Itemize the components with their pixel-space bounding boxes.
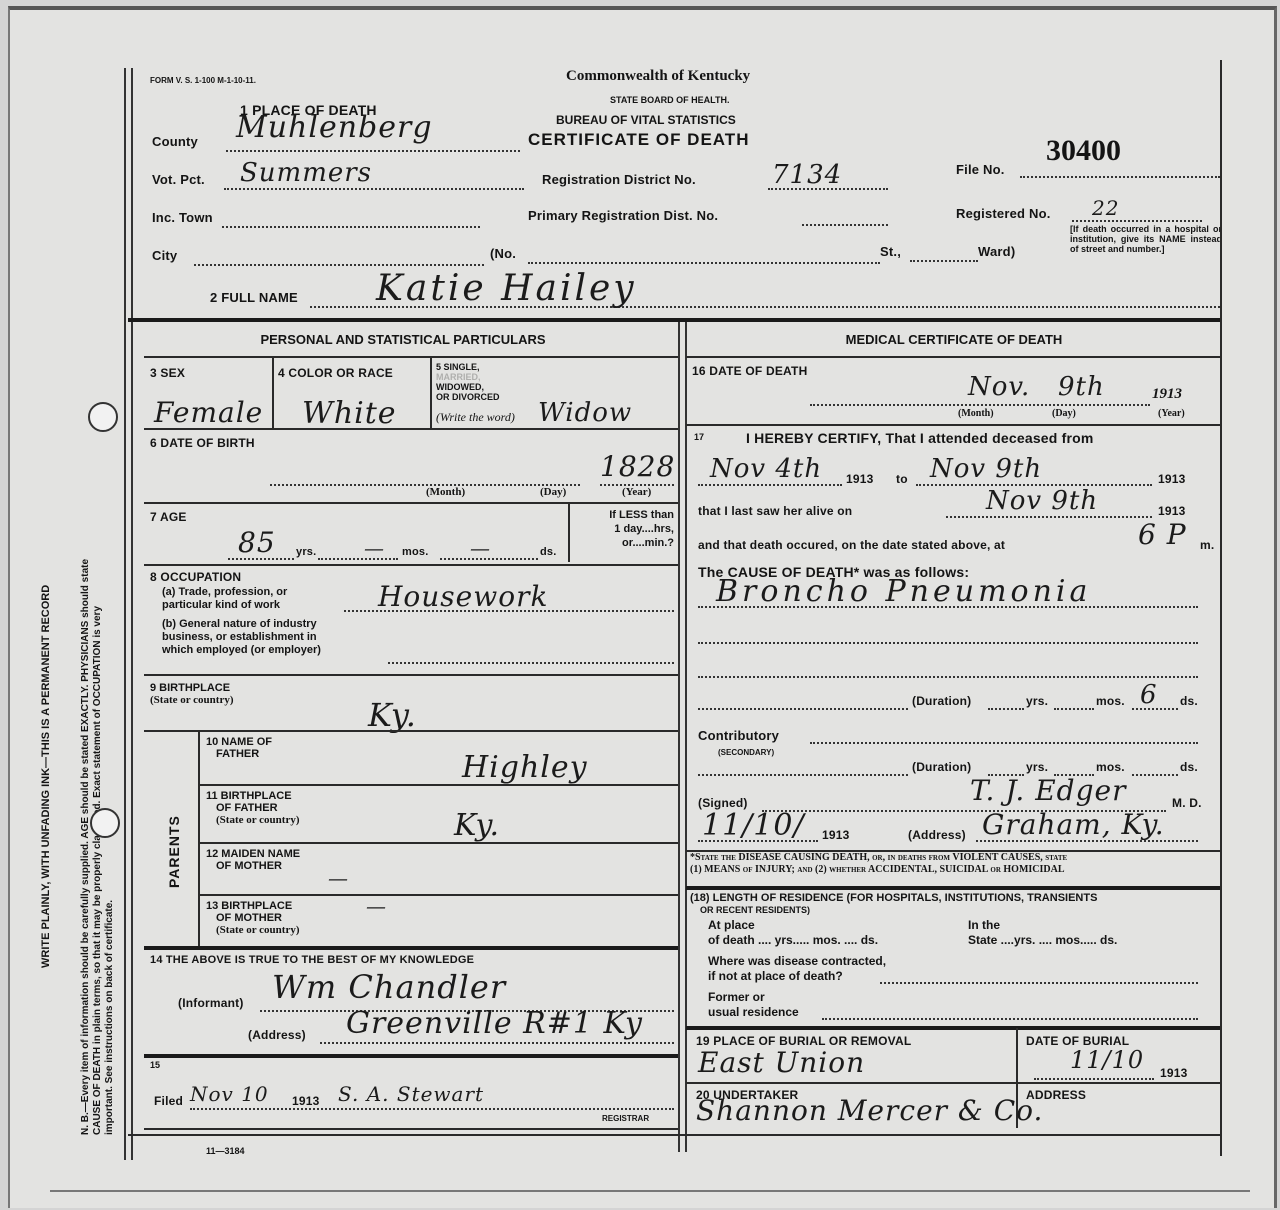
signed-date-value[interactable]: 11/10/ bbox=[702, 808, 805, 843]
undertaker-address-label: ADDRESS bbox=[1026, 1088, 1086, 1102]
certify-number: 17 bbox=[694, 432, 704, 442]
dob-year-value[interactable]: 1828 bbox=[600, 450, 675, 483]
street-number-label: (No. bbox=[490, 246, 516, 261]
father-birthplace-label: 11 BIRTHPLACE OF FATHER (State or countr… bbox=[206, 790, 300, 826]
registrar-signature[interactable]: S. A. Stewart bbox=[338, 1082, 484, 1106]
md-label: M. D. bbox=[1172, 796, 1202, 810]
file-number: 30400 bbox=[1046, 134, 1121, 168]
full-name-value[interactable]: Katie Hailey bbox=[376, 268, 637, 309]
occupation-b-label: (b) General nature of industry business,… bbox=[162, 618, 321, 657]
attended-from-value[interactable]: Nov 4th bbox=[710, 454, 822, 484]
last-saw-label: that I last saw her alive on bbox=[698, 504, 852, 518]
certify-text: I HEREBY CERTIFY, That I attended deceas… bbox=[746, 430, 1094, 446]
birthplace-label: 9 BIRTHPLACE (State or country) bbox=[150, 682, 234, 706]
certificate-title: CERTIFICATE OF DEATH bbox=[528, 130, 749, 150]
contributory-label: Contributory bbox=[698, 728, 779, 743]
age-years-value[interactable]: 85 bbox=[238, 526, 276, 559]
date-of-death-day[interactable]: 9th bbox=[1058, 372, 1105, 402]
contrib-yrs: yrs. bbox=[1026, 760, 1048, 774]
filed-date-value[interactable]: Nov 10 bbox=[190, 1082, 269, 1106]
birthplace-value[interactable]: Ky. bbox=[368, 696, 417, 734]
date-of-death-year[interactable]: 1913 bbox=[1152, 386, 1182, 403]
file-no-label: File No. bbox=[956, 162, 1005, 177]
sex-value[interactable]: Female bbox=[154, 396, 263, 429]
date-of-death-label: 16 DATE OF DEATH bbox=[692, 364, 807, 378]
cause-footnote: *State the DISEASE CAUSING DEATH, or, in… bbox=[690, 852, 1067, 876]
last-saw-year: 1913 bbox=[1158, 504, 1186, 518]
last-saw-value[interactable]: Nov 9th bbox=[986, 486, 1098, 516]
age-ds-label: ds. bbox=[540, 546, 557, 558]
registration-district-label: Registration District No. bbox=[542, 172, 696, 187]
age-months-value[interactable]: — bbox=[364, 536, 385, 560]
undertaker-value[interactable]: Shannon Mercer & Co. bbox=[696, 1094, 1043, 1127]
hospital-note: [If death occurred in a hospital or inst… bbox=[1070, 224, 1222, 254]
contrib-duration-label: (Duration) bbox=[912, 760, 971, 774]
physician-signature[interactable]: T. J. Edger bbox=[970, 774, 1126, 807]
date-of-death-month[interactable]: Nov. bbox=[968, 372, 1030, 402]
margin-instructions-3: important. See instructions on back of c… bbox=[104, 900, 115, 1135]
death-day-caption: (Day) bbox=[1052, 408, 1076, 419]
sex-label: 3 SEX bbox=[150, 366, 185, 380]
registered-no-label: Registered No. bbox=[956, 206, 1051, 221]
duration-label: (Duration) bbox=[912, 694, 971, 708]
duration-mos: mos. bbox=[1096, 694, 1125, 708]
street-label: St., bbox=[880, 244, 901, 259]
form-number: FORM V. S. 1-100 M-1-10-11. bbox=[150, 76, 256, 86]
cause-of-death-value[interactable]: Broncho Pneumonia bbox=[716, 574, 1091, 609]
punch-hole-bottom bbox=[90, 808, 120, 838]
medical-section-title: MEDICAL CERTIFICATE OF DEATH bbox=[686, 332, 1222, 347]
signed-address-value[interactable]: Graham, Ky. bbox=[982, 808, 1165, 841]
punch-hole-top bbox=[88, 402, 118, 432]
dob-label: 6 DATE OF BIRTH bbox=[150, 436, 255, 450]
signed-address-label: (Address) bbox=[908, 828, 966, 842]
occupation-a-label: (a) Trade, profession, or particular kin… bbox=[162, 586, 287, 612]
form-border-left bbox=[124, 68, 133, 1160]
age-mos-label: mos. bbox=[402, 546, 428, 558]
occupation-label: 8 OCCUPATION bbox=[150, 570, 241, 584]
section-15-number: 15 bbox=[150, 1060, 160, 1070]
contrib-mos: mos. bbox=[1096, 760, 1125, 774]
death-month-caption: (Month) bbox=[958, 408, 994, 419]
mother-name-label: 12 MAIDEN NAME OF MOTHER bbox=[206, 848, 300, 872]
filed-year: 1913 bbox=[292, 1094, 320, 1108]
father-name-label: 10 NAME OF FATHER bbox=[206, 736, 272, 760]
informant-address-label: (Address) bbox=[248, 1028, 306, 1042]
father-name-value[interactable]: Highley bbox=[462, 750, 588, 785]
residence-at-place: At place of death .... yrs..... mos. ...… bbox=[708, 918, 878, 948]
mother-birthplace-label: 13 BIRTHPLACE OF MOTHER (State or countr… bbox=[206, 900, 300, 936]
contributory-sub: (SECONDARY) bbox=[718, 748, 774, 758]
vot-pct-value[interactable]: Summers bbox=[240, 158, 372, 188]
filed-label: Filed bbox=[154, 1094, 183, 1108]
death-time-suffix: m. bbox=[1200, 538, 1214, 552]
burial-date-value[interactable]: 11/10 bbox=[1070, 1046, 1144, 1074]
inc-town-label: Inc. Town bbox=[152, 210, 213, 225]
marital-hint: (Write the word) bbox=[436, 410, 515, 425]
marital-value[interactable]: Widow bbox=[538, 398, 632, 428]
registration-district-value[interactable]: 7134 bbox=[772, 160, 842, 190]
attended-to-year: 1913 bbox=[1158, 472, 1186, 486]
death-time-value[interactable]: 6 P bbox=[1138, 518, 1187, 551]
race-value[interactable]: White bbox=[302, 396, 397, 431]
to-label: to bbox=[896, 472, 908, 486]
residence-in-state: In the State ....yrs. .... mos..... ds. bbox=[968, 918, 1117, 948]
age-days-value[interactable]: — bbox=[470, 536, 491, 560]
race-label: 4 COLOR OR RACE bbox=[278, 366, 393, 380]
primary-registration-label: Primary Registration Dist. No. bbox=[528, 208, 718, 223]
city-label: City bbox=[152, 248, 177, 263]
mother-name-value[interactable]: — bbox=[328, 866, 349, 890]
father-birthplace-value[interactable]: Ky. bbox=[454, 808, 500, 843]
death-year-caption: (Year) bbox=[1158, 408, 1185, 419]
informant-label: (Informant) bbox=[178, 996, 244, 1010]
vot-pct-label: Vot. Pct. bbox=[152, 172, 205, 187]
marital-label: 5 SINGLE, MARRIED, WIDOWED, OR DIVORCED bbox=[436, 362, 500, 402]
duration-days-value[interactable]: 6 bbox=[1140, 680, 1158, 710]
contrib-ds: ds. bbox=[1180, 760, 1198, 774]
bureau-name: BUREAU OF VITAL STATISTICS bbox=[556, 114, 736, 126]
margin-permanent-record: WRITE PLAINLY, WITH UNFADING INK—THIS IS… bbox=[40, 585, 52, 968]
mother-birthplace-value[interactable]: — bbox=[366, 894, 387, 918]
form-code: 11—3184 bbox=[206, 1146, 245, 1156]
burial-place-value[interactable]: East Union bbox=[698, 1046, 865, 1079]
full-name-label: 2 FULL NAME bbox=[210, 290, 298, 305]
occupation-a-value[interactable]: Housework bbox=[378, 580, 548, 613]
informant-value[interactable]: Wm Chandler bbox=[272, 968, 506, 1006]
age-label: 7 AGE bbox=[150, 510, 187, 524]
less-than-day: If LESS than 1 day....hrs, or....min.? bbox=[576, 508, 674, 550]
state-board: STATE BOARD OF HEALTH. bbox=[610, 94, 730, 106]
personal-section-title: PERSONAL AND STATISTICAL PARTICULARS bbox=[130, 332, 676, 347]
burial-year: 1913 bbox=[1160, 1066, 1188, 1080]
informant-statement: 14 THE ABOVE IS TRUE TO THE BEST OF MY K… bbox=[150, 954, 474, 966]
margin-instructions-1: N. B.—Every item of information should b… bbox=[80, 559, 91, 1135]
attended-to-value[interactable]: Nov 9th bbox=[930, 454, 1042, 484]
margin-instructions-2: CAUSE OF DEATH in plain terms, so that i… bbox=[92, 606, 103, 1135]
residence-title: (18) LENGTH OF RESIDENCE (FOR HOSPITALS,… bbox=[690, 892, 1097, 916]
disease-contracted-label: Where was disease contracted, if not at … bbox=[708, 954, 886, 984]
parents-label: PARENTS bbox=[166, 815, 182, 888]
death-certificate: WRITE PLAINLY, WITH UNFADING INK—THIS IS… bbox=[8, 6, 1277, 1208]
state-name: Commonwealth of Kentucky bbox=[566, 68, 750, 85]
attended-from-year: 1913 bbox=[846, 472, 874, 486]
age-yrs-label: yrs. bbox=[296, 546, 316, 558]
duration-ds: ds. bbox=[1180, 694, 1198, 708]
duration-yrs: yrs. bbox=[1026, 694, 1048, 708]
informant-address-value[interactable]: Greenville R#1 Ky bbox=[346, 1006, 643, 1041]
former-residence-label: Former or usual residence bbox=[708, 990, 799, 1020]
registered-no-value[interactable]: 22 bbox=[1092, 196, 1119, 220]
registrar-caption: REGISTRAR bbox=[602, 1114, 649, 1124]
dob-month-caption: (Month) bbox=[426, 486, 465, 498]
death-occurred-text: and that death occured, on the date stat… bbox=[698, 538, 1005, 552]
dob-year-caption: (Year) bbox=[622, 486, 651, 498]
signed-year: 1913 bbox=[822, 828, 850, 842]
county-label: County bbox=[152, 134, 198, 149]
ward-label: Ward) bbox=[978, 244, 1015, 259]
dob-day-caption: (Day) bbox=[540, 486, 566, 498]
county-value[interactable]: Muhlenberg bbox=[236, 110, 433, 145]
